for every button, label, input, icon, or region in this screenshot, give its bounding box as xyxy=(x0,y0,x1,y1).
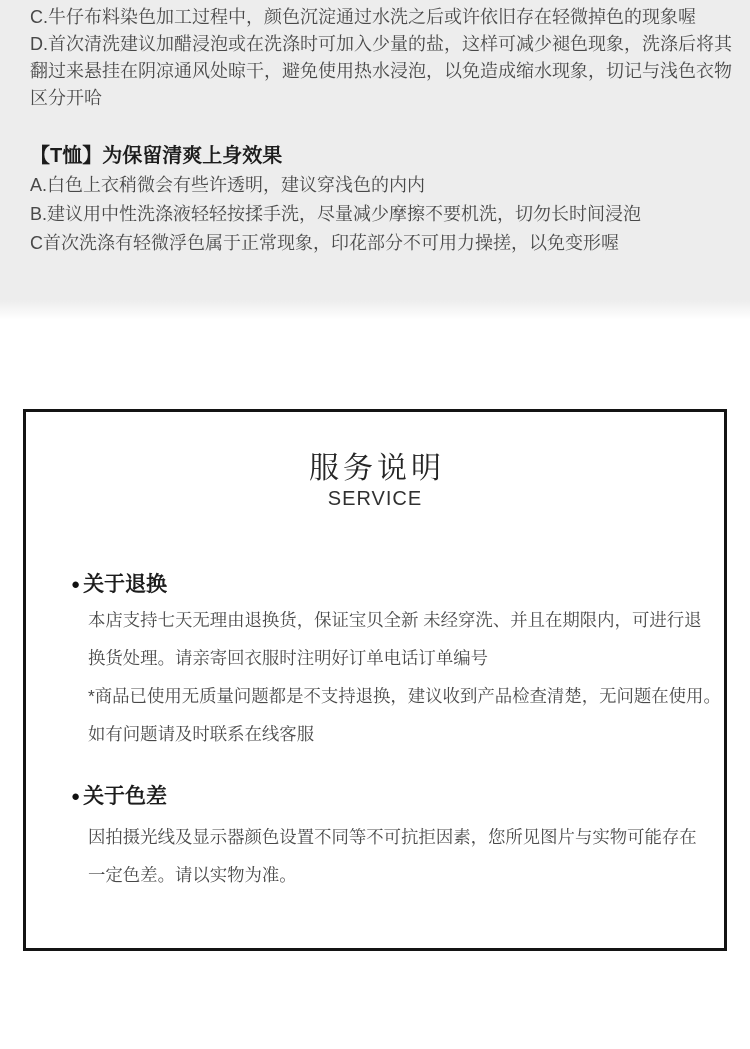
care-notes-section: C.牛仔布料染色加工过程中，颜色沉淀通过水洗之后或许依旧存在轻微掉色的现象喔 D… xyxy=(0,0,750,320)
color-difference-section-body: 因拍摄光线及显示器颜色设置不同等不可抗拒因素，您所见图片与实物可能存在 一定色差… xyxy=(26,818,724,894)
returns-text-line: 如有问题请及时联系在线客服 xyxy=(88,715,714,753)
service-area: 服务说明 SERVICE ● 关于退换 本店支持七天无理由退换货，保证宝贝全新 … xyxy=(0,320,750,951)
bullet-icon: ● xyxy=(71,571,80,599)
bullet-icon: ● xyxy=(71,783,80,811)
returns-text-line: 换货处理。请亲寄回衣服时注明好订单电话订单编号 xyxy=(88,639,714,677)
color-difference-text-line: 因拍摄光线及显示器颜色设置不同等不可抗拒因素，您所见图片与实物可能存在 xyxy=(88,818,714,856)
color-difference-heading-label: 关于色差 xyxy=(83,783,167,811)
care-note-line: D.首次清洗建议加醋浸泡或在洗涤时可加入少量的盐，这样可减少褪色现象，洗涤后将其 xyxy=(30,31,736,58)
tshirt-care-line: A.白色上衣稍微会有些许透明，建议穿浅色的内内 xyxy=(30,171,736,200)
color-difference-section-heading: ● 关于色差 xyxy=(26,783,724,811)
service-subtitle: SERVICE xyxy=(26,487,724,511)
returns-text-line: 本店支持七天无理由退换货，保证宝贝全新 未经穿洗、并且在期限内，可进行退 xyxy=(88,601,714,639)
returns-text-line: *商品已使用无质量问题都是不支持退换，建议收到产品检查清楚，无问题在使用。 xyxy=(88,677,714,715)
tshirt-care-line: B.建议用中性洗涤液轻轻按揉手洗，尽量减少摩擦不要机洗，切勿长时间浸泡 xyxy=(30,200,736,229)
returns-section-heading: ● 关于退换 xyxy=(26,571,724,599)
tshirt-care-heading: 【T恤】为保留清爽上身效果 xyxy=(30,142,736,171)
product-description-page: C.牛仔布料染色加工过程中，颜色沉淀通过水洗之后或许依旧存在轻微掉色的现象喔 D… xyxy=(0,0,750,1049)
care-note-line: 翻过来悬挂在阴凉通风处晾干，避免使用热水浸泡，以免造成缩水现象，切记与浅色衣物 xyxy=(30,58,736,85)
tshirt-care-line: C首次洗涤有轻微浮色属于正常现象，印花部分不可用力操搓，以免变形喔 xyxy=(30,229,736,258)
returns-section-body: 本店支持七天无理由退换货，保证宝贝全新 未经穿洗、并且在期限内，可进行退 换货处… xyxy=(26,601,724,753)
service-info-box: 服务说明 SERVICE ● 关于退换 本店支持七天无理由退换货，保证宝贝全新 … xyxy=(23,409,727,951)
care-note-line: 区分开哈 xyxy=(30,85,736,112)
care-note-line: C.牛仔布料染色加工过程中，颜色沉淀通过水洗之后或许依旧存在轻微掉色的现象喔 xyxy=(30,4,736,31)
color-difference-text-line: 一定色差。请以实物为准。 xyxy=(88,856,714,894)
service-title: 服务说明 xyxy=(26,451,724,487)
returns-heading-label: 关于退换 xyxy=(83,571,167,599)
